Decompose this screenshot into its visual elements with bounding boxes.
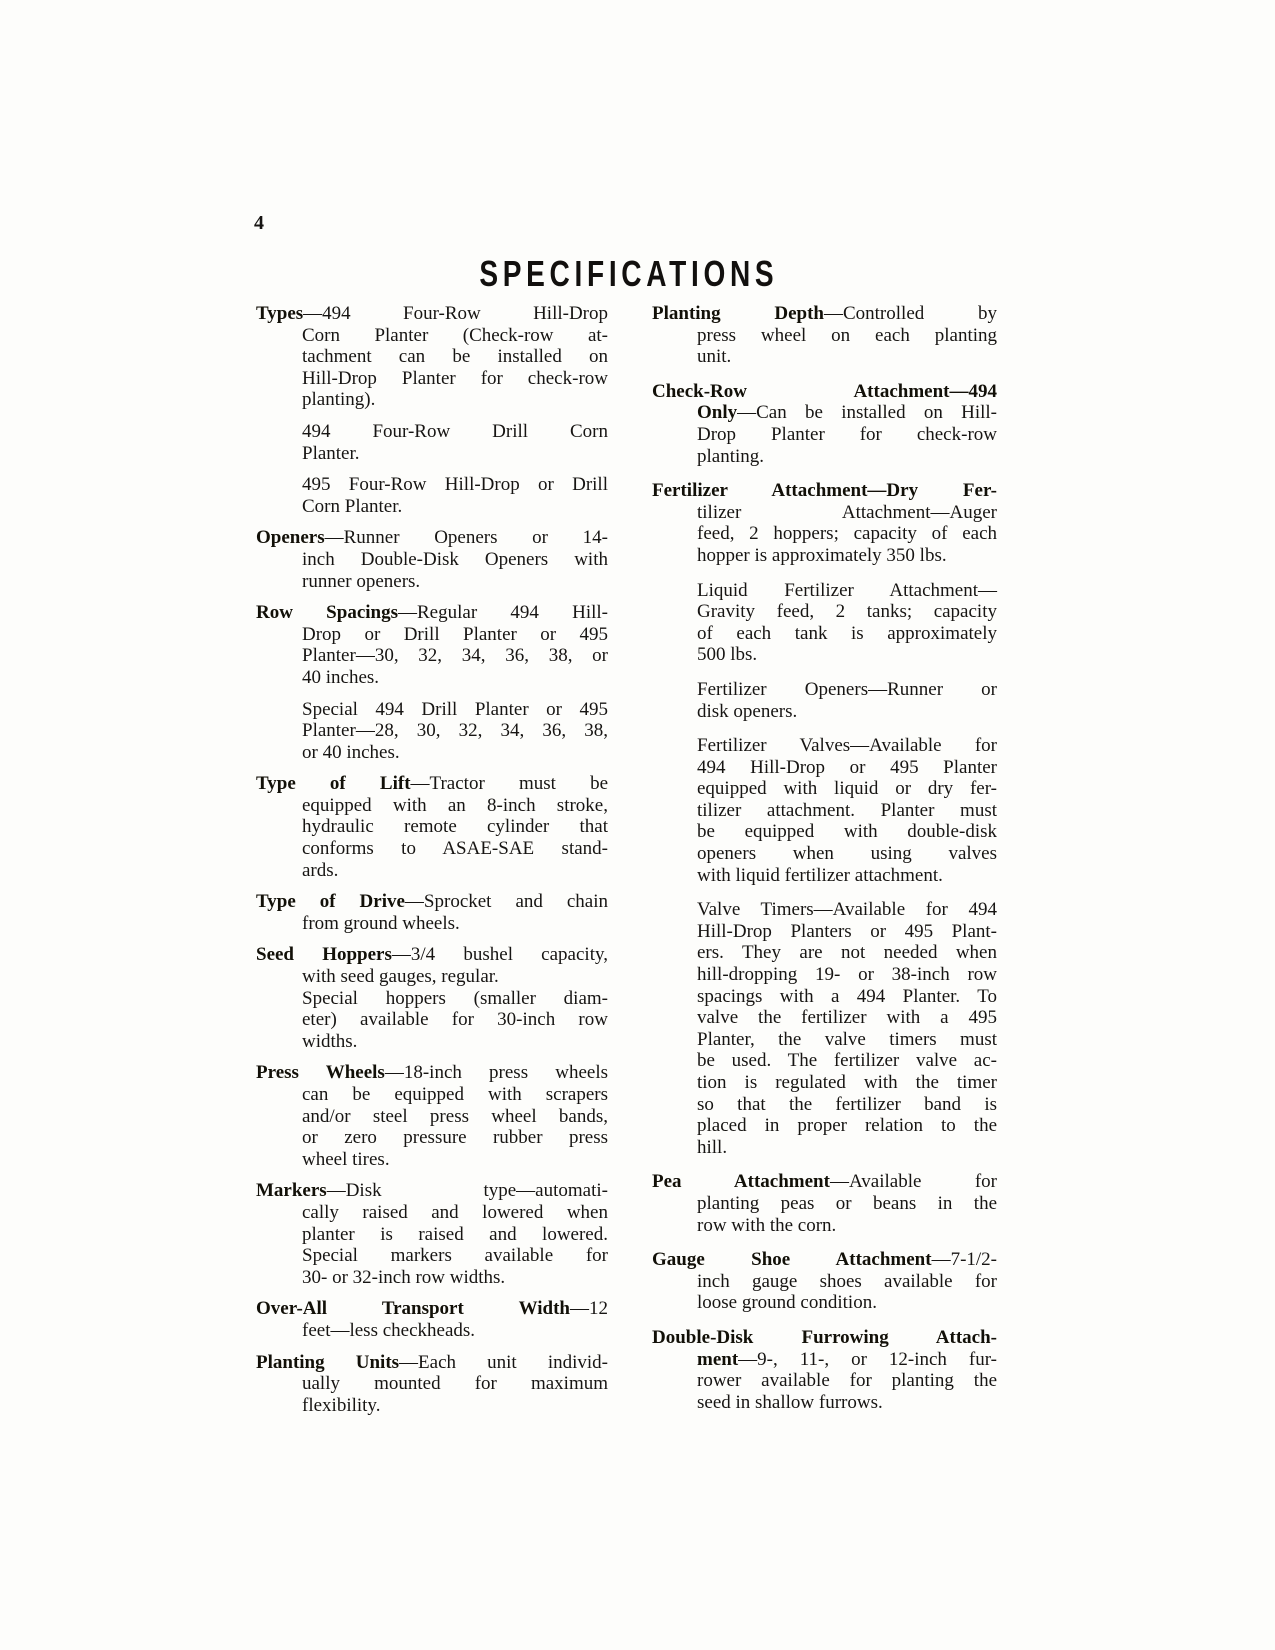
- spec-entry: Planting Units—Each unit individ-ually m…: [256, 1352, 608, 1417]
- text-line: 494 Hill-Drop or 495 Planter: [697, 757, 997, 779]
- body-text: spacings with a 494 Planter. To: [697, 986, 997, 1007]
- headword-text: Planting Depth: [652, 303, 824, 324]
- body-text: of each tank is approximately: [697, 623, 997, 644]
- text-line: with seed gauges, regular.: [302, 966, 608, 988]
- text-line: ards.: [302, 860, 608, 882]
- body-text: disk openers.: [697, 701, 797, 722]
- text-line: be equipped with double-disk: [697, 821, 997, 843]
- body-text: 500 lbs.: [697, 644, 757, 665]
- text-line: Liquid Fertilizer Attachment—: [697, 580, 997, 602]
- body-text: planting.: [697, 446, 764, 467]
- text-line: Hill-Drop Planters or 495 Plant-: [697, 921, 997, 943]
- text-line: Planter—30, 32, 34, 36, 38, or: [302, 645, 608, 667]
- text-line: placed in proper relation to the: [697, 1115, 997, 1137]
- body-text: —Regular 494 Hill-: [398, 602, 608, 623]
- body-text: equipped with an 8-inch stroke,: [302, 795, 608, 816]
- spec-entry: Type of Drive—Sprocket and chainfrom gro…: [256, 891, 608, 934]
- spec-entry: Markers—Disk type—automati-cally raised …: [256, 1180, 608, 1288]
- spec-entry: Type of Lift—Tractor must beequipped wit…: [256, 773, 608, 881]
- text-line: of each tank is approximately: [697, 623, 997, 645]
- text-line: Special markers available for: [302, 1245, 608, 1267]
- text-line: Drop or Drill Planter or 495: [302, 624, 608, 646]
- text-line: can be equipped with scrapers: [302, 1084, 608, 1106]
- headword-text: Types: [256, 303, 303, 324]
- text-line: from ground wheels.: [302, 913, 608, 935]
- text-line: planting peas or beans in the: [697, 1193, 997, 1215]
- body-text: Planter—30, 32, 34, 36, 38, or: [302, 645, 608, 666]
- text-line: press wheel on each planting: [697, 325, 997, 347]
- headword-text: Gauge Shoe Attachment: [652, 1249, 932, 1270]
- body-text: tion is regulated with the timer: [697, 1072, 997, 1093]
- body-text: —9-, 11-, or 12-inch fur-: [738, 1349, 997, 1370]
- body-text: hydraulic remote cylinder that: [302, 816, 608, 837]
- body-text: Gravity feed, 2 tanks; capacity: [697, 601, 997, 622]
- body-text: —Controlled by: [824, 303, 997, 324]
- body-text: —Can be installed on Hill-: [737, 402, 997, 423]
- body-text: row with the corn.: [697, 1215, 836, 1236]
- left-column: Types—494 Four-Row Hill-DropCorn Planter…: [256, 303, 608, 1416]
- body-text: be used. The fertilizer valve ac-: [697, 1050, 997, 1071]
- body-text: —7-1/2-: [932, 1249, 997, 1270]
- spec-entry: Types—494 Four-Row Hill-DropCorn Planter…: [256, 303, 608, 411]
- text-line: Planter—28, 30, 32, 34, 36, 38,: [302, 720, 608, 742]
- text-line: Types—494 Four-Row Hill-Drop: [256, 303, 608, 325]
- text-line: planting).: [302, 389, 608, 411]
- body-text: ually mounted for maximum: [302, 1373, 608, 1394]
- text-line: tilizer Attachment—Auger: [697, 502, 997, 524]
- spec-entry: Fertilizer Attachment—Dry Fer-tilizer At…: [652, 480, 997, 566]
- body-text: planting peas or beans in the: [697, 1193, 997, 1214]
- body-text: cally raised and lowered when: [302, 1202, 608, 1223]
- text-line: ment—9-, 11-, or 12-inch fur-: [697, 1349, 997, 1371]
- text-line: Fertilizer Valves—Available for: [697, 735, 997, 757]
- text-line: Gravity feed, 2 tanks; capacity: [697, 601, 997, 623]
- body-text: seed in shallow furrows.: [697, 1392, 883, 1413]
- spec-entry: Planting Depth—Controlled bypress wheel …: [652, 303, 997, 368]
- spec-entry: Row Spacings—Regular 494 Hill-Drop or Dr…: [256, 602, 608, 688]
- body-text: Drop or Drill Planter or 495: [302, 624, 608, 645]
- text-line: inch Double-Disk Openers with: [302, 549, 608, 571]
- body-text: feed, 2 hoppers; capacity of each: [697, 523, 997, 544]
- body-text: planting).: [302, 389, 375, 410]
- spec-entry: 495 Four-Row Hill-Drop or DrillCorn Plan…: [256, 474, 608, 517]
- page-title: SPECIFICATIONS: [338, 256, 916, 292]
- text-line: Openers—Runner Openers or 14-: [256, 527, 608, 549]
- spec-entry: Pea Attachment—Available forplanting pea…: [652, 1171, 997, 1236]
- headword-text: Double-Disk Furrowing Attach-: [652, 1327, 997, 1348]
- body-text: can be equipped with scrapers: [302, 1084, 608, 1105]
- text-line: Fertilizer Openers—Runner or: [697, 679, 997, 701]
- body-text: loose ground condition.: [697, 1292, 877, 1313]
- spec-entry: Liquid Fertilizer Attachment—Gravity fee…: [652, 580, 997, 666]
- text-line: Fertilizer Attachment—Dry Fer-: [652, 480, 997, 502]
- body-text: equipped with liquid or dry fer-: [697, 778, 997, 799]
- body-text: with liquid fertilizer attachment.: [697, 865, 943, 886]
- headword-text: Row Spacings: [256, 602, 398, 623]
- body-text: Liquid Fertilizer Attachment—: [697, 580, 997, 601]
- text-line: so that the fertilizer band is: [697, 1094, 997, 1116]
- headword-text: Planting Units: [256, 1352, 399, 1373]
- text-line: openers when using valves: [697, 843, 997, 865]
- spec-entry: Special hoppers (smaller diam-eter) avai…: [256, 988, 608, 1053]
- text-line: Gauge Shoe Attachment—7-1/2-: [652, 1249, 997, 1271]
- body-text: inch gauge shoes available for: [697, 1271, 997, 1292]
- body-text: placed in proper relation to the: [697, 1115, 997, 1136]
- text-line: or zero pressure rubber press: [302, 1127, 608, 1149]
- text-line: and/or steel press wheel bands,: [302, 1106, 608, 1128]
- text-line: or 40 inches.: [302, 742, 608, 764]
- body-text: Hill-Drop Planter for check-row: [302, 368, 608, 389]
- body-text: 40 inches.: [302, 667, 379, 688]
- body-text: ards.: [302, 860, 338, 881]
- text-line: Seed Hoppers—3/4 bushel capacity,: [256, 944, 608, 966]
- text-line: Planting Units—Each unit individ-: [256, 1352, 608, 1374]
- spec-entry: Fertilizer Valves—Available for494 Hill-…: [652, 735, 997, 886]
- text-line: tilizer attachment. Planter must: [697, 800, 997, 822]
- body-text: 494 Four-Row Drill Corn: [302, 421, 608, 442]
- body-text: —Each unit individ-: [399, 1352, 608, 1373]
- spec-entry: Gauge Shoe Attachment—7-1/2-inch gauge s…: [652, 1249, 997, 1314]
- body-text: hill-dropping 19- or 38-inch row: [697, 964, 997, 985]
- text-line: equipped with liquid or dry fer-: [697, 778, 997, 800]
- text-line: eter) available for 30-inch row: [302, 1009, 608, 1031]
- text-line: runner openers.: [302, 571, 608, 593]
- body-text: openers when using valves: [697, 843, 997, 864]
- body-text: with seed gauges, regular.: [302, 966, 499, 987]
- body-text: eter) available for 30-inch row: [302, 1009, 608, 1030]
- text-line: ually mounted for maximum: [302, 1373, 608, 1395]
- headword-text: Press Wheels: [256, 1062, 385, 1083]
- text-line: flexibility.: [302, 1395, 608, 1417]
- text-line: tion is regulated with the timer: [697, 1072, 997, 1094]
- text-line: Special hoppers (smaller diam-: [302, 988, 608, 1010]
- text-line: valve the fertilizer with a 495: [697, 1007, 997, 1029]
- body-text: Special markers available for: [302, 1245, 608, 1266]
- body-text: planter is raised and lowered.: [302, 1224, 608, 1245]
- spec-entry: Double-Disk Furrowing Attach-ment—9-, 11…: [652, 1327, 997, 1413]
- text-line: ers. They are not needed when: [697, 942, 997, 964]
- text-line: Row Spacings—Regular 494 Hill-: [256, 602, 608, 624]
- body-text: press wheel on each planting: [697, 325, 997, 346]
- body-text: tachment can be installed on: [302, 346, 608, 367]
- body-text: —12: [570, 1298, 608, 1319]
- body-text: and/or steel press wheel bands,: [302, 1106, 608, 1127]
- text-line: Double-Disk Furrowing Attach-: [652, 1327, 997, 1349]
- body-text: Corn Planter.: [302, 496, 402, 517]
- body-text: feet—less checkheads.: [302, 1320, 475, 1341]
- text-line: wheel tires.: [302, 1149, 608, 1171]
- body-text: widths.: [302, 1031, 357, 1052]
- body-text: Planter—28, 30, 32, 34, 36, 38,: [302, 720, 608, 741]
- text-line: Corn Planter.: [302, 496, 608, 518]
- text-line: Drop Planter for check-row: [697, 424, 997, 446]
- body-text: flexibility.: [302, 1395, 380, 1416]
- body-text: from ground wheels.: [302, 913, 460, 934]
- text-line: 500 lbs.: [697, 644, 997, 666]
- text-line: Markers—Disk type—automati-: [256, 1180, 608, 1202]
- text-line: 494 Four-Row Drill Corn: [302, 421, 608, 443]
- text-line: planting.: [697, 446, 997, 468]
- text-line: disk openers.: [697, 701, 997, 723]
- text-line: Valve Timers—Available for 494: [697, 899, 997, 921]
- body-text: Valve Timers—Available for 494: [697, 899, 997, 920]
- text-line: conforms to ASAE-SAE stand-: [302, 838, 608, 860]
- manual-page: 4 SPECIFICATIONS Types—494 Four-Row Hill…: [0, 0, 1275, 1650]
- body-text: 494 Hill-Drop or 495 Planter: [697, 757, 997, 778]
- text-line: 30- or 32-inch row widths.: [302, 1267, 608, 1289]
- body-text: —3/4 bushel capacity,: [392, 944, 608, 965]
- headword-text: ment: [697, 1349, 738, 1370]
- body-text: —Tractor must be: [411, 773, 608, 794]
- text-line: Check-Row Attachment—494: [652, 381, 997, 403]
- text-line: Only—Can be installed on Hill-: [697, 402, 997, 424]
- body-text: Fertilizer Openers—Runner or: [697, 679, 997, 700]
- body-text: —18-inch press wheels: [385, 1062, 608, 1083]
- body-text: Fertilizer Valves—Available for: [697, 735, 997, 756]
- body-text: rower available for planting the: [697, 1370, 997, 1391]
- spec-entry: Seed Hoppers—3/4 bushel capacity,with se…: [256, 944, 608, 987]
- body-text: Drop Planter for check-row: [697, 424, 997, 445]
- spec-entry: Special 494 Drill Planter or 495Planter—…: [256, 699, 608, 764]
- spec-entry: Fertilizer Openers—Runner ordisk openers…: [652, 679, 997, 722]
- text-line: row with the corn.: [697, 1215, 997, 1237]
- headword-text: Type of Lift: [256, 773, 411, 794]
- text-line: Type of Lift—Tractor must be: [256, 773, 608, 795]
- text-line: Type of Drive—Sprocket and chain: [256, 891, 608, 913]
- body-text: or 40 inches.: [302, 742, 400, 763]
- text-line: seed in shallow furrows.: [697, 1392, 997, 1414]
- text-line: Corn Planter (Check-row at-: [302, 325, 608, 347]
- text-line: feet—less checkheads.: [302, 1320, 608, 1342]
- body-text: wheel tires.: [302, 1149, 390, 1170]
- text-line: 495 Four-Row Hill-Drop or Drill: [302, 474, 608, 496]
- body-text: runner openers.: [302, 571, 420, 592]
- body-text: ers. They are not needed when: [697, 942, 997, 963]
- spec-entry: Press Wheels—18-inch press wheelscan be …: [256, 1062, 608, 1170]
- headword-text: Pea Attachment: [652, 1171, 830, 1192]
- body-text: Planter.: [302, 443, 360, 464]
- body-text: 30- or 32-inch row widths.: [302, 1267, 505, 1288]
- text-line: Special 494 Drill Planter or 495: [302, 699, 608, 721]
- text-line: feed, 2 hoppers; capacity of each: [697, 523, 997, 545]
- headword-text: Seed Hoppers: [256, 944, 392, 965]
- text-line: tachment can be installed on: [302, 346, 608, 368]
- headword-text: Openers: [256, 527, 325, 548]
- spec-columns: Types—494 Four-Row Hill-DropCorn Planter…: [256, 303, 997, 1416]
- text-line: equipped with an 8-inch stroke,: [302, 795, 608, 817]
- body-text: unit.: [697, 346, 731, 367]
- body-text: —Available for: [830, 1171, 997, 1192]
- text-line: loose ground condition.: [697, 1292, 997, 1314]
- text-line: Planter, the valve timers must: [697, 1029, 997, 1051]
- body-text: Corn Planter (Check-row at-: [302, 325, 608, 346]
- text-line: widths.: [302, 1031, 608, 1053]
- text-line: rower available for planting the: [697, 1370, 997, 1392]
- text-line: Planting Depth—Controlled by: [652, 303, 997, 325]
- text-line: hopper is approximately 350 lbs.: [697, 545, 997, 567]
- text-line: with liquid fertilizer attachment.: [697, 865, 997, 887]
- headword-text: Markers: [256, 1180, 327, 1201]
- body-text: —Runner Openers or 14-: [325, 527, 608, 548]
- body-text: inch Double-Disk Openers with: [302, 549, 608, 570]
- spec-entry: Openers—Runner Openers or 14-inch Double…: [256, 527, 608, 592]
- text-line: Hill-Drop Planter for check-row: [302, 368, 608, 390]
- page-number: 4: [254, 213, 264, 233]
- text-line: hydraulic remote cylinder that: [302, 816, 608, 838]
- spec-entry: 494 Four-Row Drill CornPlanter.: [256, 421, 608, 464]
- body-text: conforms to ASAE-SAE stand-: [302, 838, 608, 859]
- body-text: tilizer Attachment—Auger: [697, 502, 997, 523]
- text-line: Over-All Transport Width—12: [256, 1298, 608, 1320]
- text-line: cally raised and lowered when: [302, 1202, 608, 1224]
- text-line: unit.: [697, 346, 997, 368]
- body-text: Hill-Drop Planters or 495 Plant-: [697, 921, 997, 942]
- body-text: hopper is approximately 350 lbs.: [697, 545, 947, 566]
- body-text: Special 494 Drill Planter or 495: [302, 699, 608, 720]
- spec-entry: Valve Timers—Available for 494Hill-Drop …: [652, 899, 997, 1158]
- body-text: or zero pressure rubber press: [302, 1127, 608, 1148]
- text-line: hill-dropping 19- or 38-inch row: [697, 964, 997, 986]
- text-line: inch gauge shoes available for: [697, 1271, 997, 1293]
- text-line: hill.: [697, 1137, 997, 1159]
- text-line: 40 inches.: [302, 667, 608, 689]
- headword-text: Only: [697, 402, 737, 423]
- text-line: Pea Attachment—Available for: [652, 1171, 997, 1193]
- body-text: tilizer attachment. Planter must: [697, 800, 997, 821]
- body-text: —Sprocket and chain: [405, 891, 608, 912]
- text-line: planter is raised and lowered.: [302, 1224, 608, 1246]
- text-line: be used. The fertilizer valve ac-: [697, 1050, 997, 1072]
- body-text: —Disk type—automati-: [327, 1180, 608, 1201]
- text-line: spacings with a 494 Planter. To: [697, 986, 997, 1008]
- headword-text: Type of Drive: [256, 891, 405, 912]
- body-text: so that the fertilizer band is: [697, 1094, 997, 1115]
- body-text: be equipped with double-disk: [697, 821, 997, 842]
- spec-entry: Over-All Transport Width—12feet—less che…: [256, 1298, 608, 1341]
- body-text: hill.: [697, 1137, 727, 1158]
- spec-entry: Check-Row Attachment—494Only—Can be inst…: [652, 381, 997, 467]
- headword-text: Check-Row Attachment—494: [652, 381, 997, 402]
- body-text: Planter, the valve timers must: [697, 1029, 997, 1050]
- body-text: 495 Four-Row Hill-Drop or Drill: [302, 474, 608, 495]
- text-line: Press Wheels—18-inch press wheels: [256, 1062, 608, 1084]
- headword-text: Fertilizer Attachment—Dry Fer-: [652, 480, 997, 501]
- text-line: Planter.: [302, 443, 608, 465]
- body-text: —494 Four-Row Hill-Drop: [303, 303, 608, 324]
- body-text: valve the fertilizer with a 495: [697, 1007, 997, 1028]
- right-column: Planting Depth—Controlled bypress wheel …: [652, 303, 997, 1416]
- body-text: Special hoppers (smaller diam-: [302, 988, 608, 1009]
- headword-text: Over-All Transport Width: [256, 1298, 570, 1319]
